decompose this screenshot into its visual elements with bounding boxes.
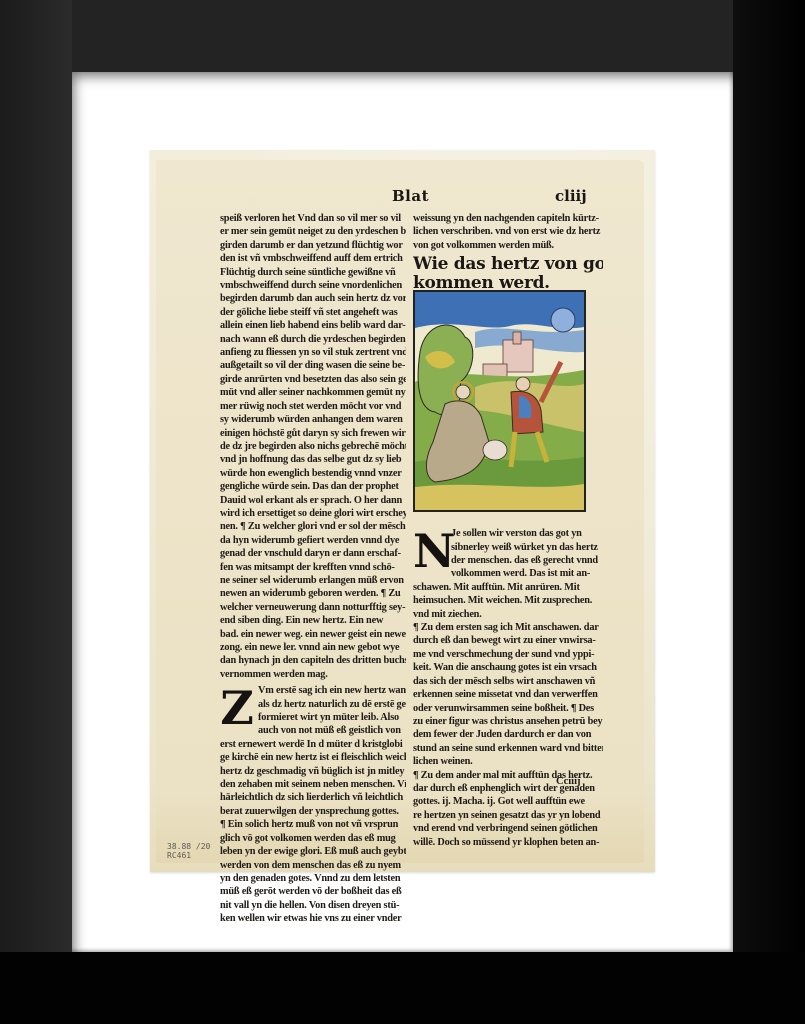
text-line: sibnerley weiß würket yn das hertz: [451, 541, 603, 554]
text-line: newen an widerumb geboren werden. ¶ Zu: [220, 587, 406, 600]
frame-bottom-rail: [0, 952, 805, 1024]
text-line: da hyn widerumb gefiert werden vnnd dye: [220, 534, 406, 547]
text-line: ne seiner sel widerumb erlangen müß ervo…: [220, 574, 406, 587]
text-line: willē. Doch so müssend yr klophen beten …: [413, 836, 603, 849]
text-line: nach wann eß durch die yrdeschen begirde…: [220, 333, 406, 346]
text-line: der göliche liebe steiff vñ stet angehef…: [220, 306, 406, 319]
text-line: anfieng zu fliessen yn so vil stuk zertr…: [220, 346, 406, 359]
text-line: begirden darumb dan auch sein hertz dz v…: [220, 292, 406, 305]
text-line: oder verunwirsammen seine boßheit. ¶ Des: [413, 702, 603, 715]
text-line: den zehaben mit seinem neben menschen. V…: [220, 778, 406, 791]
running-head: Blat: [392, 187, 429, 205]
text-line: zu einer figur was christus ansehen petr…: [413, 715, 603, 728]
text-line: allein einen lieb habend eins belib ward…: [220, 319, 406, 332]
text-line: würde hon ewenglich bestendig vnnd vnzer: [220, 467, 406, 480]
decorated-initial-z: Z: [220, 686, 254, 730]
text-line: vnd jn hoffnung das das selbe gut dz sy …: [220, 453, 406, 466]
text-line: als dz hertz naturlich zu dē erstē ge: [258, 698, 406, 711]
text-line: sy widerumb würden anhangen dem waren: [220, 413, 406, 426]
text-line: Je sollen wir verston das got yn: [451, 527, 603, 540]
frame-top-rail: [0, 0, 805, 72]
text-line: ken wellen wir etwas hie vns zu einer vn…: [220, 912, 406, 925]
text-line: nen. ¶ Zu welcher glori vnd er sol der m…: [220, 520, 406, 533]
left-initial-paragraph: Z Vm erstē sag ich ein new hertz wanals …: [220, 684, 406, 738]
text-line: genad der vnschuld daryn er dann erschaf…: [220, 547, 406, 560]
text-line: nit vall yn die hellen. Von disen dreyen…: [220, 899, 406, 912]
text-line: berat zuuerwilgen der ynsprechung gottes…: [220, 805, 406, 818]
left-text-column: speiß verloren het Vnd dan so vil mer so…: [220, 212, 406, 926]
text-line: zong. ein newe ler. vnnd ain new gebot w…: [220, 641, 406, 654]
left-column-top-text: speiß verloren het Vnd dan so vil mer so…: [220, 212, 406, 681]
right-initial-paragraph: N Je sollen wir verston das got ynsibner…: [413, 527, 603, 581]
text-line: schawen. Mit aufftün. Mit anrüren. Mit: [413, 581, 603, 594]
text-line: re hertzen yn seinen gesatzt das yr yn l…: [413, 809, 603, 822]
text-line: bad. ein newer weg. ein newer geist ein …: [220, 628, 406, 641]
text-line: Dauid wol erkant als er sprach. O her da…: [220, 494, 406, 507]
text-line: auch von not müß eß geistlich von: [258, 724, 406, 737]
text-line: volkommen werd. Das ist mit an-: [451, 567, 603, 580]
right-column-bottom-text: schawen. Mit aufftün. Mit anrüren. Mithe…: [413, 581, 603, 849]
text-line: me vnd verschmechung der sund vnd yppi-: [413, 648, 603, 661]
text-line: vnd erend vnd verbringend seinen götlich…: [413, 822, 603, 835]
decorated-initial-n: N: [413, 529, 447, 573]
text-line: dem fewer der Juden dardurch er dan von: [413, 728, 603, 741]
text-line: er mer sein gemüt neiget zu den yrdesche…: [220, 225, 406, 238]
accession-note: 38.88 /20 RC461: [167, 842, 210, 860]
text-line: erst ernewert werdē In d müter d kristgl…: [220, 738, 406, 751]
left-column-bottom-text: erst ernewert werdē In d müter d kristgl…: [220, 738, 406, 926]
chapter-heading: Wie das hertz von got vol kommen werd.: [413, 255, 603, 293]
text-line: außgetailt so vil der ding wasen die sei…: [220, 359, 406, 372]
text-line: durch eß dan bewegt wirt zu einer vnwirs…: [413, 634, 603, 647]
right-column-top-text: weissung yn den nachgenden capiteln kürt…: [413, 212, 603, 252]
text-line: müt vnd aller seiner nachkommen gemüt ny: [220, 386, 406, 399]
text-line: ge kirchē ein new hertz ist ei fleischli…: [220, 751, 406, 764]
text-line: wird ich ersettiget so deine glori wirt …: [220, 507, 406, 520]
text-line: lichen verschriben. vnd von erst wie dz …: [413, 225, 603, 238]
text-line: hertz dz geschmadig vñ büglich ist jn mi…: [220, 765, 406, 778]
text-line: gottes. ij. Macha. ij. Got well aufftün …: [413, 795, 603, 808]
frame-left-rail: [0, 0, 72, 1024]
text-line: formieret wirt yn müter leib. Also: [258, 711, 406, 724]
woodcut-scene-icon: [415, 292, 584, 510]
text-line: welcher verneuwerung dann notturfftig se…: [220, 601, 406, 614]
text-line: vnd mit ziechen.: [413, 608, 603, 621]
text-line: müß eß gerōt werden vō der boßheit das e…: [220, 885, 406, 898]
text-line: einigen höchstē gůt daryn sy sich frewen…: [220, 427, 406, 440]
text-line: girden darumb er dan yetzund flüchtig wo…: [220, 239, 406, 252]
text-line: Flüchtig durch seine süntliche gewißne v…: [220, 266, 406, 279]
text-line: der menschen. das eß gerecht vnnd: [451, 554, 603, 567]
text-line: gengliche würde sein. Das dan der prophe…: [220, 480, 406, 493]
folio-number: cliij: [555, 187, 587, 205]
text-line: fen was mitsampt der krefften vnnd schö-: [220, 561, 406, 574]
text-line: Vm erstē sag ich ein new hertz wan: [258, 684, 406, 697]
text-line: weissung yn den nachgenden capiteln kürt…: [413, 212, 603, 225]
text-line: dan hynach jn den capiteln des dritten b…: [220, 654, 406, 667]
text-line: vmbschweiffend durch seine vnordenlichen: [220, 279, 406, 292]
text-line: werden von dem menschen das eß zu nyem: [220, 859, 406, 872]
woodcut-illustration: [413, 290, 586, 512]
text-line: keit. Wan die anschaung gotes ist ein vr…: [413, 661, 603, 674]
text-line: ¶ Zu dem ersten sag ich Mit anschawen. d…: [413, 621, 603, 634]
text-line: glich vō got volkomen werden das eß mug: [220, 832, 406, 845]
text-line: heimsuchen. Mit weichen. Mit zusprechen.: [413, 594, 603, 607]
text-line: stund an seine sund erkennen ward vnd bi…: [413, 742, 603, 755]
text-line: erkennen seine missetat vnd dan verwerff…: [413, 688, 603, 701]
text-line: end siben ding. Ein new hertz. Ein new: [220, 614, 406, 627]
signature-mark: Cciiij: [556, 776, 581, 787]
text-line: mer rüwig noch stet werden möcht vor vnd: [220, 400, 406, 413]
text-line: yn den genaden gotes. Vnnd zu dem letste…: [220, 872, 406, 885]
text-line: vernommen werden mag.: [220, 668, 406, 681]
text-line: girde anrürten vnd besetzten das also se…: [220, 373, 406, 386]
text-line: de dz jre begirden also nichs gebrechē m…: [220, 440, 406, 453]
text-line: härleichtlich dz sich lierderlich vñ lei…: [220, 791, 406, 804]
text-line: leben yn der ewige glori. Eß muß auch ge…: [220, 845, 406, 858]
text-line: von got volkommen werden müß.: [413, 239, 603, 252]
text-line: den ist vñ vmbschweiffend auff dem ertri…: [220, 252, 406, 265]
text-line: ¶ Ein solich hertz muß von not vñ vrspru…: [220, 818, 406, 831]
text-line: lichen weinen.: [413, 755, 603, 768]
text-line: das sich der mēsch selbs wirt anschawen …: [413, 675, 603, 688]
text-line: speiß verloren het Vnd dan so vil mer so…: [220, 212, 406, 225]
frame-right-rail: [733, 0, 805, 1024]
